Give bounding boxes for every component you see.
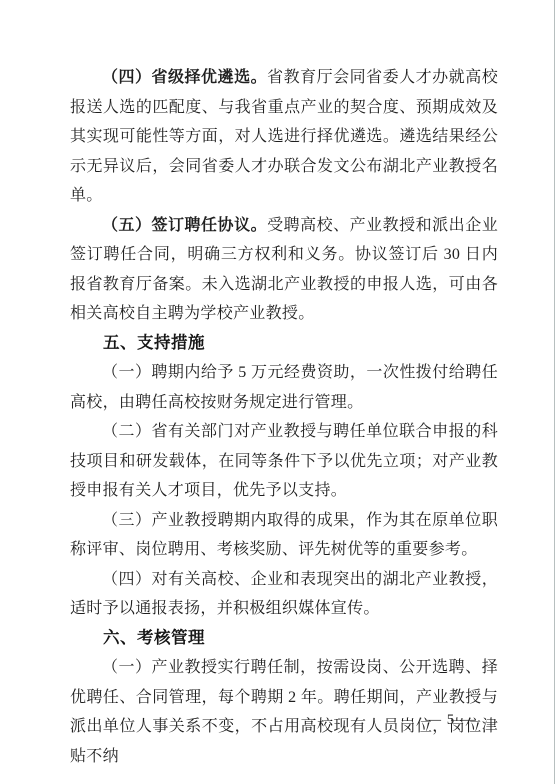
paragraph-support-2: （二）省有关部门对产业教授与聘任单位联合申报的科技项目和研发载体，在同等条件下予… <box>70 417 498 506</box>
page-number: — 5 — <box>426 712 476 729</box>
paragraph-support-4: （四）对有关高校、企业和表现突出的湖北产业教授，适时予以通报表扬，并积极组织媒体… <box>70 565 498 624</box>
paragraph-text: （一）聘期内给予 5 万元经费资助，一次性拨付给聘任高校，由聘任高校按财务规定进… <box>70 364 498 411</box>
paragraph-support-3: （三）产业教授聘期内取得的成果，作为其在原单位职称评审、岗位聘用、考核奖励、评先… <box>70 506 498 565</box>
paragraph-support-1: （一）聘期内给予 5 万元经费资助，一次性拨付给聘任高校，由聘任高校按财务规定进… <box>70 358 498 417</box>
paragraph-4-provincial-selection: （四）省级择优遴选。省教育厅会同省委人才办就高校报送人选的匹配度、与我省重点产业… <box>70 63 498 211</box>
paragraph-5-sign-agreement: （五）签订聘任协议。受聘高校、产业教授和派出企业签订聘任合同，明确三方权利和义务… <box>70 211 498 329</box>
paragraph-text: （四）对有关高校、企业和表现突出的湖北产业教授，适时予以通报表扬，并积极组织媒体… <box>70 571 498 618</box>
section-heading-support-measures: 五、支持措施 <box>70 329 498 359</box>
document-body: （四）省级择优遴选。省教育厅会同省委人才办就高校报送人选的匹配度、与我省重点产业… <box>70 63 498 771</box>
section-heading-assessment-management: 六、考核管理 <box>70 624 498 654</box>
paragraph-lead: （五）签订聘任协议。 <box>102 217 267 234</box>
scan-edge-line <box>554 0 555 784</box>
paragraph-text: （二）省有关部门对产业教授与聘任单位联合申报的科技项目和研发载体，在同等条件下予… <box>70 423 498 499</box>
document-page: （四）省级择优遴选。省教育厅会同省委人才办就高校报送人选的匹配度、与我省重点产业… <box>0 0 556 784</box>
paragraph-lead: （四）省级择优遴选。 <box>102 69 267 86</box>
paragraph-text: 省教育厅会同省委人才办就高校报送人选的匹配度、与我省重点产业的契合度、预期成效及… <box>70 69 498 204</box>
paragraph-text: （三）产业教授聘期内取得的成果，作为其在原单位职称评审、岗位聘用、考核奖励、评先… <box>70 512 498 559</box>
